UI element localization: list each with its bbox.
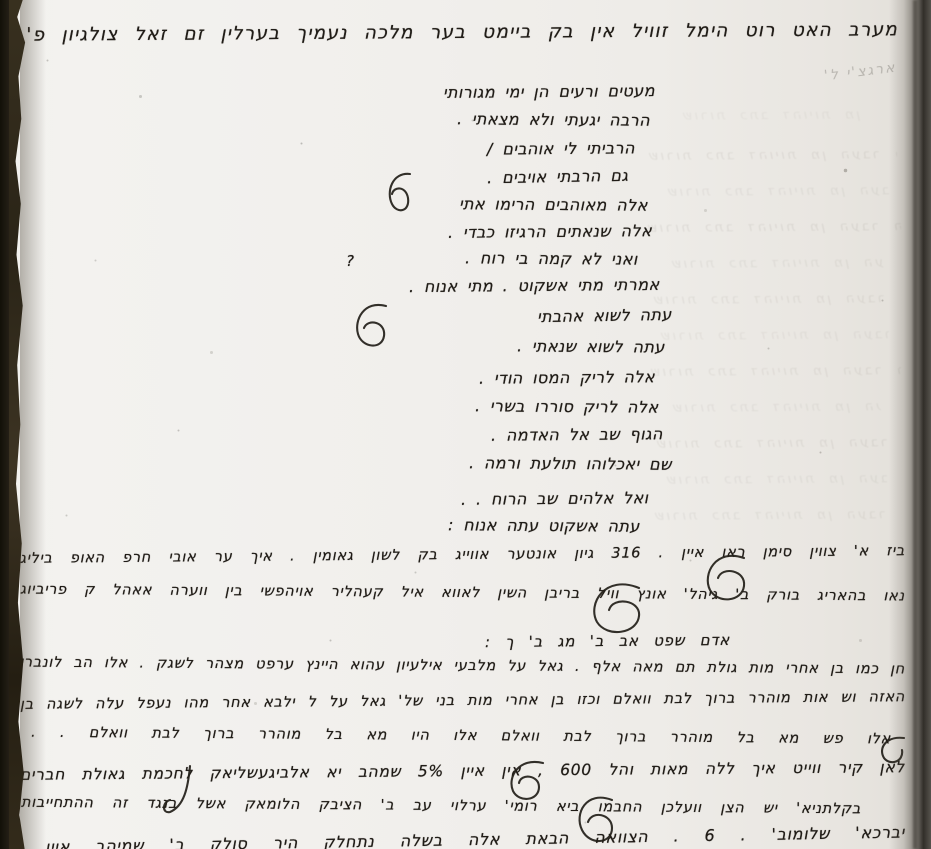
- body-line: האזה וש אות מוהרר ברוך לבת וואלם וכזו בן…: [20, 689, 905, 713]
- poem-line: אלה שנאתים הרגיזו כבדי .: [448, 221, 652, 242]
- bleed-through-line: שורות כתב דהויות מן העבר השני של הדף: [681, 107, 871, 123]
- poem-line: הגוף שב אל האדמה .: [491, 424, 663, 444]
- bleed-through-line: שורות כתב דהויות מן העבר השני של הדף: [653, 507, 897, 524]
- poem-line: אלה מאוהבים הרימו אתי: [459, 194, 648, 214]
- poem-line: אלה לריק סוררו בשרי .: [474, 396, 658, 416]
- bleed-through-line: שורות כתב דהויות מן העבר השני של הדף: [652, 291, 897, 308]
- manuscript-page: שורות כתב דהויות מן העבר השני של הדף שור…: [0, 0, 931, 849]
- ink-flourish: [700, 550, 750, 606]
- bleed-through-line: שורות כתב דהויות מן העבר השני של הדף: [671, 399, 881, 415]
- body-line: לאן קיר ווייט איך ללה מאות והל 600 , אין…: [20, 758, 905, 784]
- body-line: אלו פש מא בל מוהרר ברוך לבת וואלם אלו הי…: [31, 725, 891, 748]
- ink-flourish: [572, 792, 618, 848]
- binding-gutter: [0, 0, 9, 849]
- body-line: יברכא' שלומוב' . 6 . הצוואה הבאת אלה בשל…: [45, 822, 905, 849]
- header-line: מערב האט רוט הימל זוויל אין בק ביימט בער…: [25, 19, 898, 45]
- page-shadow-right: [889, 0, 931, 849]
- poem-line: עתה לשוא שנאתי .: [517, 336, 665, 356]
- bleed-through-line: שורות כתב דהויות מן העבר השני של הדף: [647, 147, 897, 164]
- poem-line: עתה לשוא אהבתי: [537, 305, 672, 326]
- ink-flourish: [160, 762, 194, 816]
- bleed-through-line: שורות כתב דהויות מן העבר השני של הדף: [649, 363, 901, 380]
- ink-flourish: [384, 170, 414, 216]
- ink-flourish: [352, 300, 390, 352]
- question-mark: ?: [346, 252, 354, 270]
- poem-line: מעטים ורעים הן ימי מגורותי: [443, 81, 655, 102]
- ink-flourish: [505, 757, 547, 805]
- bleed-through-line: שורות כתב דהויות מן העבר השני של הדף: [655, 435, 895, 452]
- poem-line: גם הרבתי אויבים .: [487, 166, 629, 187]
- body-line: נאו בהאריג בורק ב' גיהל' אונץ וויל בריבן…: [20, 582, 905, 605]
- bleed-through-line: שורות כתב דהויות מן העבר השני של הדף: [666, 183, 891, 200]
- poem-line: אמרתי מתי אשקוט . מתי אנוח .: [409, 275, 660, 296]
- binding-shade: [20, 0, 46, 849]
- poem-line: שם יאכלוהו תולעת ורמה .: [469, 453, 672, 474]
- bleed-through-line: שורות כתב דהויות מן העבר השני של הדף: [670, 255, 885, 272]
- body-line: בקלתניא' יש הצן וועלכן החבמו ביא רומי' ע…: [21, 795, 861, 818]
- pencil-scribble: ארגצ'י ל': [824, 60, 898, 85]
- poem-line: הרביתי לי אוהבים /: [487, 138, 635, 158]
- poem-line: ואני לא קמה בי רוח .: [465, 248, 638, 268]
- poem-line: ואל אלהים שב הרוח . .: [460, 488, 648, 509]
- poem-line: הרבה יגעתי ולא מצאתי .: [457, 109, 650, 130]
- poem-line: אלה לריק המסו הודי .: [479, 367, 655, 388]
- bleed-through-line: שורות כתב דהויות מן העבר השני של הדף: [665, 471, 887, 488]
- bleed-through-line: שורות כתב דהויות מן העבר השני של הדף: [646, 219, 901, 236]
- body-line: חן כמו בן אחרי מות גולת תם מאה אלף . גאל…: [20, 655, 905, 678]
- bleed-through-line: שורות כתב דהויות מן העבר השני של הדף: [659, 327, 889, 344]
- body-line: ביז א' צווין סימן ראו איין . 316 גיון או…: [20, 543, 905, 567]
- ink-flourish: [585, 578, 647, 638]
- poem-line: עתה אשקוט עתה אנוח :: [448, 515, 640, 536]
